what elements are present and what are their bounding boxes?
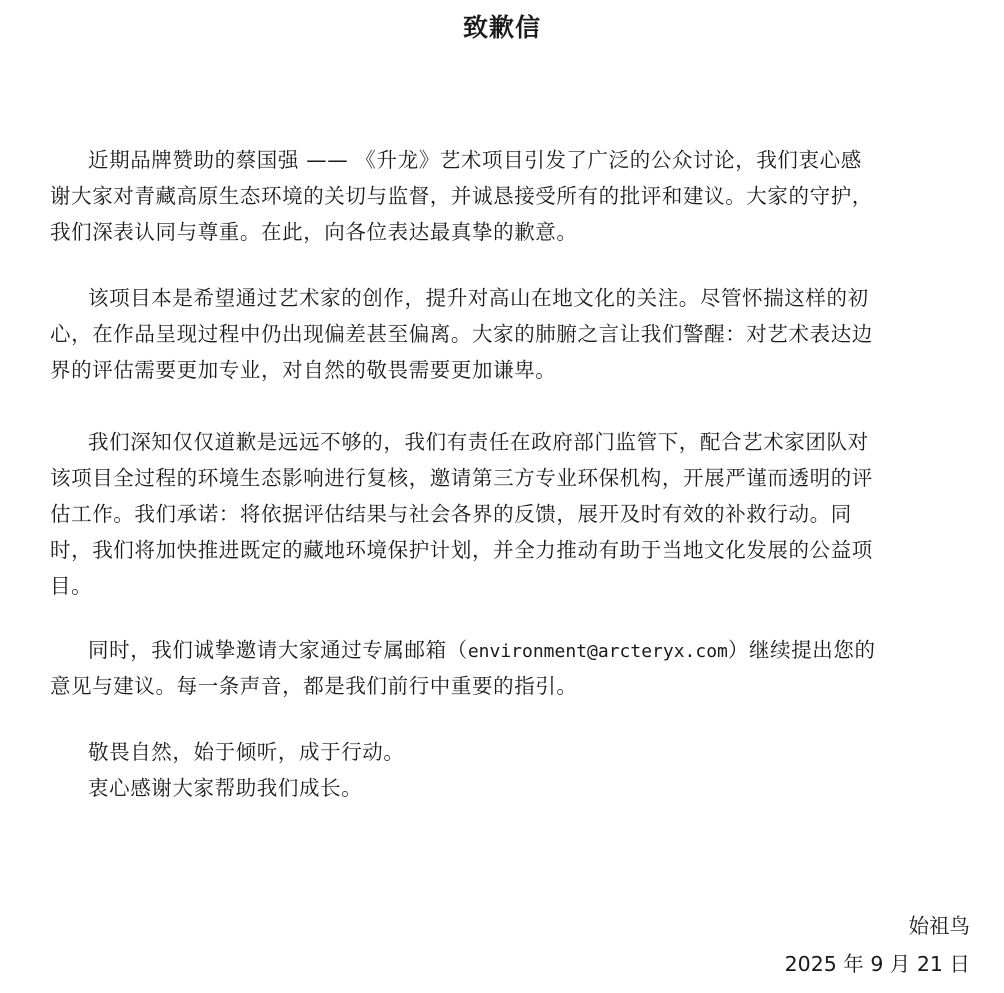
paragraph-3-line-1: 我们深知仅仅道歉是远远不够的，我们有责任在政府部门监管下，配合艺术家团队对	[88, 428, 869, 456]
signature-date: 2025 年 9 月 21 日	[785, 950, 970, 978]
paragraph-2-line-2: 心，在作品呈现过程中仍出现偏差甚至偏离。大家的肺腑之言让我们警醒：对艺术表达边	[50, 320, 873, 348]
signature-name: 始祖鸟	[909, 912, 971, 940]
paragraph-4-line-1: 同时，我们诚挚邀请大家通过专属邮箱（environment@arcteryx.c…	[88, 636, 876, 666]
paragraph-2-line-3: 界的评估需要更加专业，对自然的敬畏需要更加谦卑。	[50, 356, 556, 384]
paragraph-4-prefix: 同时，我们诚挚邀请大家通过专属邮箱（	[88, 638, 468, 662]
paragraph-4-suffix: ）继续提出您的	[728, 638, 876, 662]
paragraph-1-line-3: 我们深表认同与尊重。在此，向各位表达最真挚的歉意。	[50, 218, 578, 246]
paragraph-3-line-2: 该项目全过程的环境生态影响进行复核，邀请第三方专业环保机构，开展严谨而透明的评	[50, 464, 873, 492]
paragraph-3-line-5: 目。	[50, 572, 92, 600]
paragraph-3-line-4: 时，我们将加快推进既定的藏地环境保护计划，并全力推动有助于当地文化发展的公益项	[50, 536, 873, 564]
paragraph-1-line-1: 近期品牌赞助的蔡国强 —— 《升龙》艺术项目引发了广泛的公众讨论，我们衷心感	[88, 146, 862, 174]
letter-title: 致歉信	[0, 8, 1004, 44]
feedback-email[interactable]: environment@arcteryx.com	[468, 641, 728, 662]
closing-line-2: 衷心感谢大家帮助我们成长。	[88, 774, 362, 802]
paragraph-4-line-2: 意见与建议。每一条声音，都是我们前行中重要的指引。	[50, 672, 578, 700]
paragraph-3-line-3: 估工作。我们承诺：将依据评估结果与社会各界的反馈，展开及时有效的补救行动。同	[50, 500, 852, 528]
paragraph-2-line-1: 该项目本是希望通过艺术家的创作，提升对高山在地文化的关注。尽管怀揣这样的初	[88, 284, 869, 312]
closing-line-1: 敬畏自然，始于倾听，成于行动。	[88, 738, 405, 766]
paragraph-1-line-2: 谢大家对青藏高原生态环境的关切与监督，并诚恳接受所有的批评和建议。大家的守护，	[50, 182, 873, 210]
